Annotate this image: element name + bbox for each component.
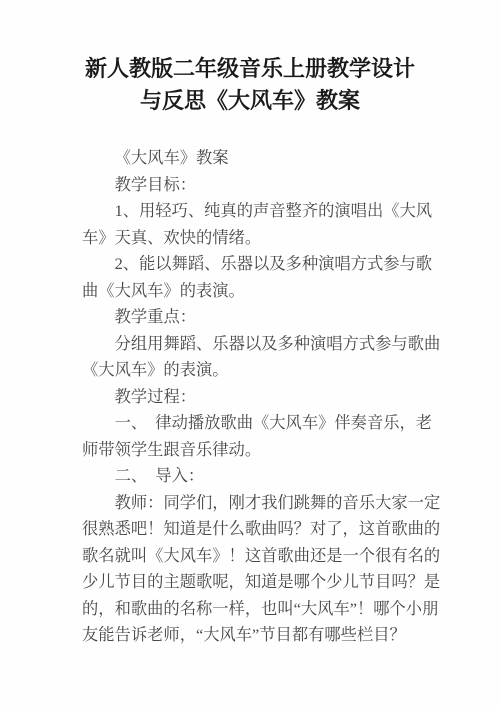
document-paragraph: 教学目标： (82, 172, 442, 199)
document-title: 新人教版二年级音乐上册教学设计与反思《大风车》教案 (82, 53, 418, 117)
document-paragraph: 二、 导入： (82, 463, 442, 490)
document-body: 《大风车》教案教学目标：1、用轻巧、纯真的声音整齐的演唱出《大风车》天真、欢快的… (82, 145, 442, 649)
document-page: 新人教版二年级音乐上册教学设计与反思《大风车》教案 《大风车》教案教学目标：1、… (0, 0, 500, 707)
document-paragraph: 《大风车》教案 (82, 145, 442, 172)
document-paragraph: 教学过程： (82, 384, 442, 411)
document-paragraph: 一、 律动播放歌曲《大风车》伴奏音乐，老师带领学生跟音乐律动。 (82, 410, 442, 463)
document-paragraph: 1、用轻巧、纯真的声音整齐的演唱出《大风车》天真、欢快的情绪。 (82, 198, 442, 251)
document-paragraph: 教学重点： (82, 304, 442, 331)
document-paragraph: 教师：同学们，刚才我们跳舞的音乐大家一定很熟悉吧！知道是什么歌曲吗？对了，这首歌… (82, 490, 442, 649)
document-paragraph: 分组用舞蹈、乐器以及多种演唱方式参与歌曲《大风车》的表演。 (82, 331, 442, 384)
document-paragraph: 2、能以舞蹈、乐器以及多种演唱方式参与歌曲《大风车》的表演。 (82, 251, 442, 304)
